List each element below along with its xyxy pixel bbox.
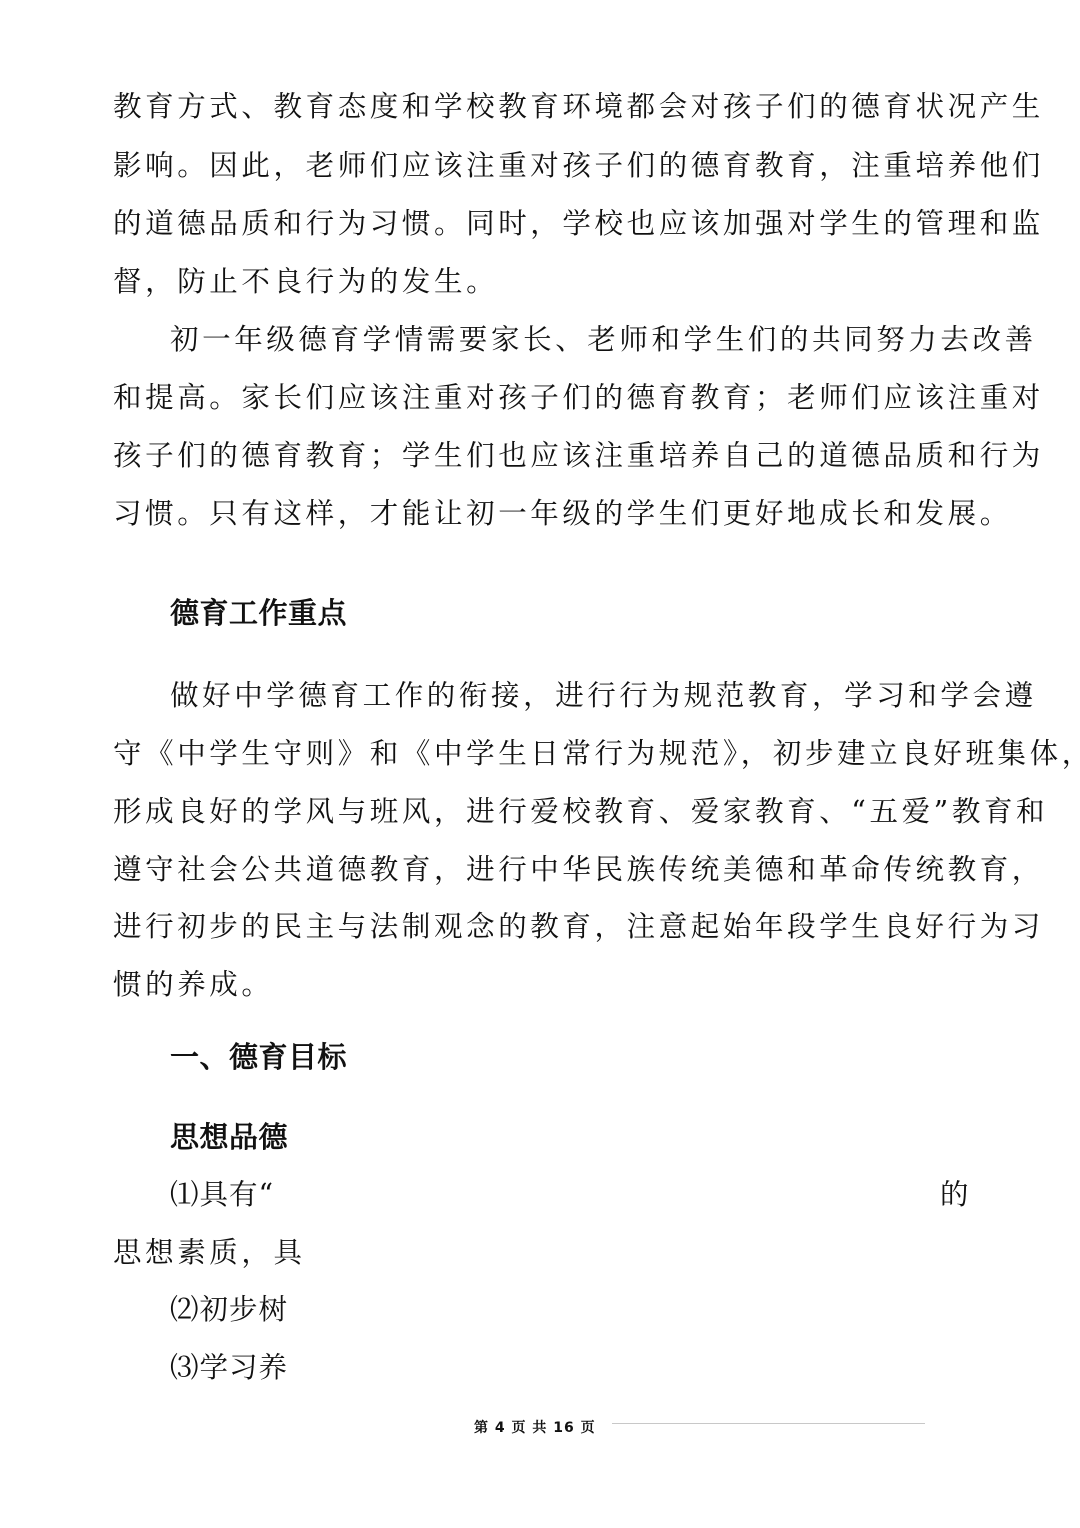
paragraph-1-line-4: 督，防止不良行为的发生。	[113, 262, 969, 302]
page-number-footer: 第 4 页 共 16 页	[474, 1418, 596, 1438]
paragraph-3-line-5: 进行初步的民主与法制观念的教育，注意起始年段学生良好行为习	[113, 907, 969, 947]
paragraph-3-line-2: 守《中学生守则》和《中学生日常行为规范》，初步建立良好班集体，	[113, 734, 969, 774]
paragraph-3-line-6: 惯的养成。	[113, 965, 969, 1005]
goal-item-2: ⑵初步树	[170, 1290, 288, 1330]
paragraph-1-line-2: 影响。因此，老师们应该注重对孩子们的德育教育，注重培养他们	[113, 146, 969, 186]
paragraph-3-line-4: 遵守社会公共道德教育，进行中华民族传统美德和革命传统教育，	[113, 850, 969, 890]
paragraph-2-line-3: 孩子们的德育教育；学生们也应该注重培养自己的道德品质和行为	[113, 436, 969, 476]
goal-item-3: ⑶学习养	[170, 1348, 288, 1388]
goal-item-1-start: ⑴具有“	[170, 1175, 274, 1215]
paragraph-2-line-4: 习惯。只有这样，才能让初一年级的学生们更好地成长和发展。	[113, 494, 969, 534]
section-heading-moral-education-focus: 德育工作重点	[170, 593, 347, 633]
paragraph-2-line-1: 初一年级德育学情需要家长、老师和学生们的共同努力去改善	[170, 320, 969, 360]
footer-divider	[612, 1423, 925, 1424]
subheading-ideology-morality: 思想品德	[170, 1117, 288, 1157]
paragraph-2-line-2: 和提高。家长们应该注重对孩子们的德育教育；老师们应该注重对	[113, 378, 969, 418]
document-page: 教育方式、教育态度和学校教育环境都会对孩子们的德育状况产生 影响。因此，老师们应…	[0, 0, 1080, 1528]
goal-item-1-end: 的	[940, 1175, 970, 1215]
paragraph-1-line-3: 的道德品质和行为习惯。同时，学校也应该加强对学生的管理和监	[113, 204, 969, 244]
paragraph-3-line-1: 做好中学德育工作的衔接，进行行为规范教育，学习和学会遵	[170, 676, 969, 716]
paragraph-3-line-3: 形成良好的学风与班风，进行爱校教育、爱家教育、“五爱”教育和	[113, 792, 969, 832]
paragraph-1-line-1: 教育方式、教育态度和学校教育环境都会对孩子们的德育状况产生	[113, 87, 969, 127]
section-heading-moral-goals: 一、德育目标	[170, 1037, 347, 1077]
goal-item-1-line-2: 思想素质，具	[113, 1233, 306, 1273]
